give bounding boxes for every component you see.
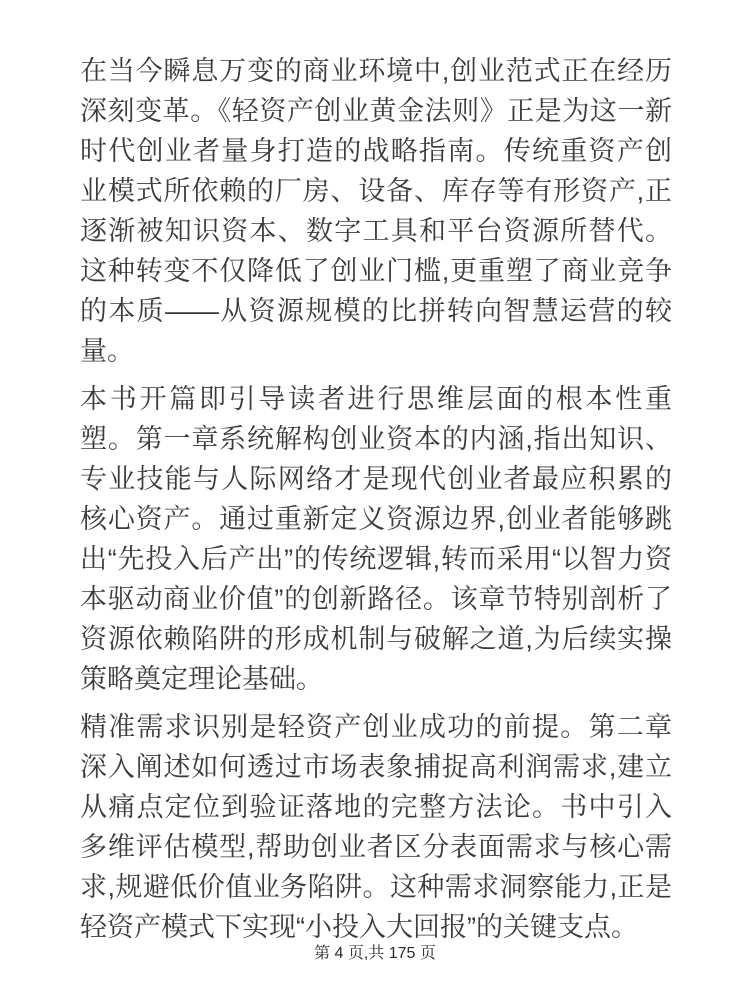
page-number-label: 第 4 页,共 175 页 (314, 945, 436, 962)
paragraph-chapter-two: 精准需求识别是轻资产创业成功的前提。第二章深入阐述如何透过市场表象捕捉高利润需求… (80, 707, 672, 947)
paragraph-intro: 在当今瞬息万变的商业环境中,创业范式正在经历深刻变革。《轻资产创业黄金法则》正是… (80, 51, 672, 371)
paragraph-chapter-one: 本书开篇即引导读者进行思维层面的根本性重塑。第一章系统解构创业资本的内涵,指出知… (80, 379, 672, 699)
page-content: 在当今瞬息万变的商业环境中,创业范式正在经历深刻变革。《轻资产创业黄金法则》正是… (80, 51, 672, 947)
page-footer: 第 4 页,共 175 页 (0, 944, 750, 964)
document-page: 在当今瞬息万变的商业环境中,创业范式正在经历深刻变革。《轻资产创业黄金法则》正是… (0, 0, 750, 1000)
